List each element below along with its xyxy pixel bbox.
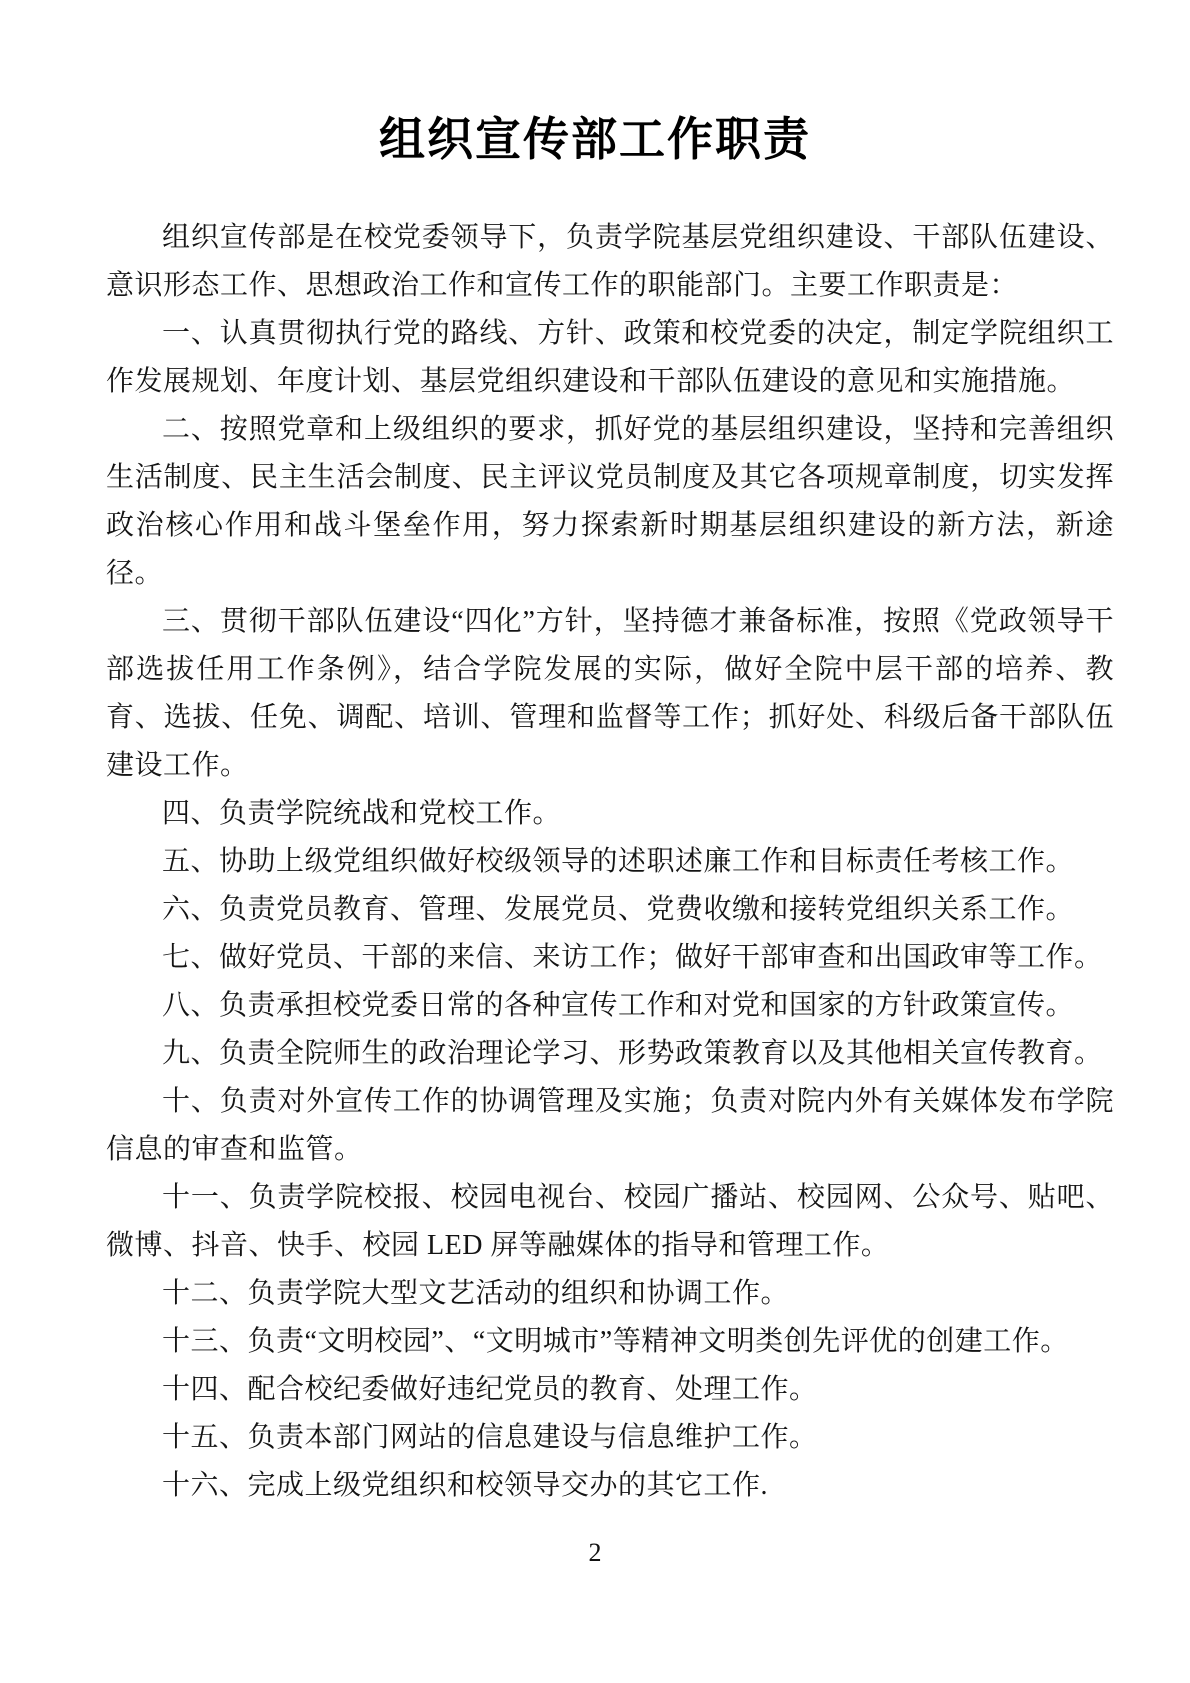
paragraph: 二、按照党章和上级组织的要求，抓好党的基层组织建设，坚持和完善组织生活制度、民主… [106,406,1114,598]
paragraph: 一、认真贯彻执行党的路线、方针、政策和校党委的决定，制定学院组织工作发展规划、年… [106,310,1114,406]
paragraph: 九、负责全院师生的政治理论学习、形势政策教育以及其他相关宣传教育。 [106,1030,1114,1078]
paragraph: 十、负责对外宣传工作的协调管理及实施；负责对院内外有关媒体发布学院信息的审查和监… [106,1078,1114,1174]
page-number: 2 [0,1538,1190,1568]
paragraph: 组织宣传部是在校党委领导下，负责学院基层党组织建设、干部队伍建设、意识形态工作、… [106,214,1114,310]
paragraph: 四、负责学院统战和党校工作。 [106,790,1114,838]
document-body: 组织宣传部是在校党委领导下，负责学院基层党组织建设、干部队伍建设、意识形态工作、… [106,214,1114,1510]
paragraph: 七、做好党员、干部的来信、来访工作；做好干部审查和出国政审等工作。 [106,934,1114,982]
paragraph: 八、负责承担校党委日常的各种宣传工作和对党和国家的方针政策宣传。 [106,982,1114,1030]
paragraph: 六、负责党员教育、管理、发展党员、党费收缴和接转党组织关系工作。 [106,886,1114,934]
paragraph: 十六、完成上级党组织和校领导交办的其它工作. [106,1462,1114,1510]
paragraph: 十一、负责学院校报、校园电视台、校园广播站、校园网、公众号、贴吧、微博、抖音、快… [106,1174,1114,1270]
page-title: 组织宣传部工作职责 [0,106,1190,174]
document-page: 组织宣传部工作职责 组织宣传部是在校党委领导下，负责学院基层党组织建设、干部队伍… [0,0,1190,1683]
paragraph: 三、贯彻干部队伍建设“四化”方针，坚持德才兼备标准，按照《党政领导干部选拔任用工… [106,598,1114,790]
paragraph: 十四、配合校纪委做好违纪党员的教育、处理工作。 [106,1366,1114,1414]
paragraph: 十五、负责本部门网站的信息建设与信息维护工作。 [106,1414,1114,1462]
paragraph: 五、协助上级党组织做好校级领导的述职述廉工作和目标责任考核工作。 [106,838,1114,886]
paragraph: 十二、负责学院大型文艺活动的组织和协调工作。 [106,1270,1114,1318]
paragraph: 十三、负责“文明校园”、“文明城市”等精神文明类创先评优的创建工作。 [106,1318,1114,1366]
